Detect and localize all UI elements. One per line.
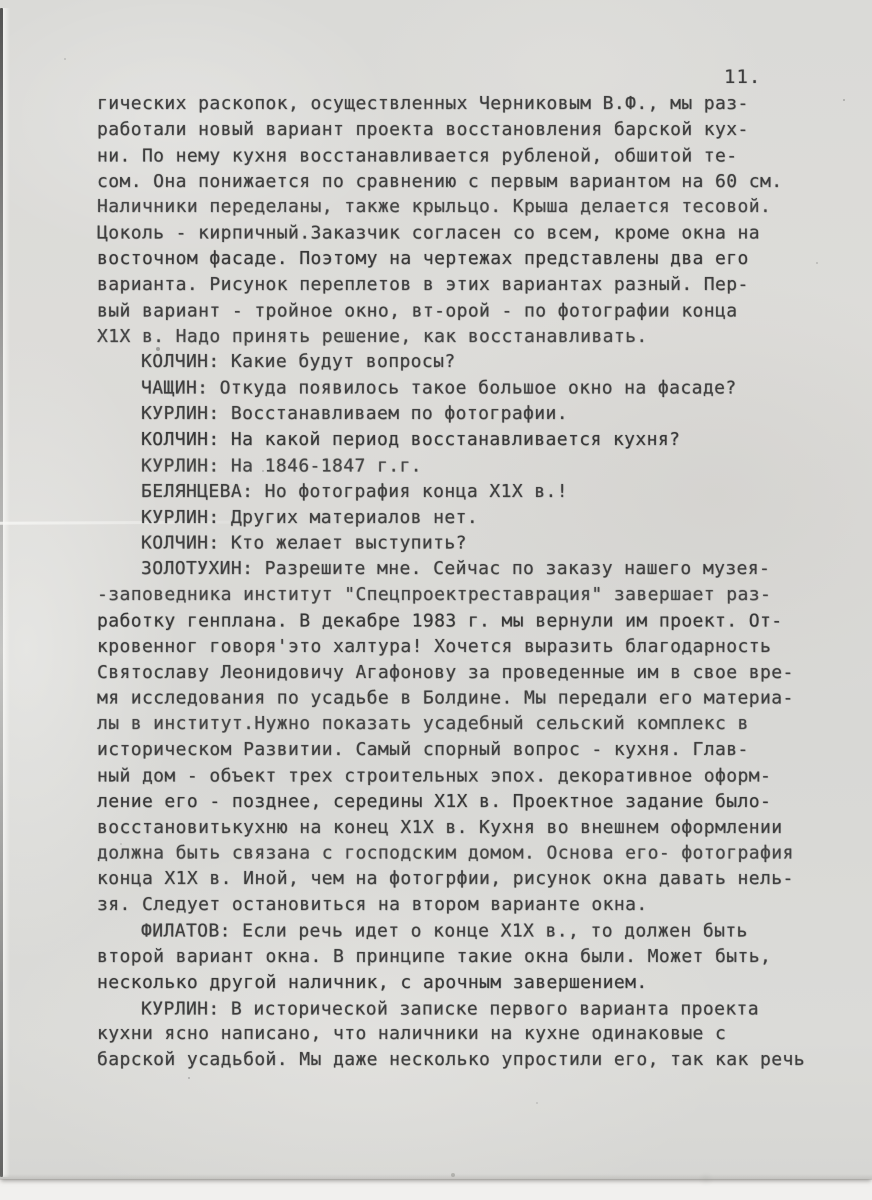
text-line: КУРЛИН: Других материалов нет. (97, 505, 837, 531)
text-line: восточном фасаде. Поэтому на чертежах пр… (97, 246, 837, 272)
scanned-page: 11. гических раскопок, осуществленных Че… (0, 0, 872, 1179)
text-line: работку генплана. В декабре 1983 г. мы в… (97, 608, 837, 634)
text-line: -заповедника институт "Спецпроектреставр… (97, 582, 837, 608)
text-line: восстановитькухню на конец Х1Х в. Кухня … (97, 815, 837, 841)
text-line: Наличники переделаны, также крыльцо. Кры… (97, 194, 837, 220)
text-line: ЗОЛОТУХИН: Разрешите мне. Сейчас по зака… (97, 556, 837, 582)
text-line: работали новый вариант проекта восстанов… (97, 117, 837, 143)
text-line: варианта. Рисунок переплетов в этих вари… (97, 272, 837, 298)
text-line: мя исследования по усадьбе в Болдине. Мы… (97, 686, 837, 712)
text-line: второй вариант окна. В принципе такие ок… (97, 944, 837, 970)
text-line: КУРЛИН: На 1846-1847 г.г. (97, 453, 837, 479)
text-line: кровенног говоря'это халтура! Хочется вы… (97, 634, 837, 660)
text-line: КОЛЧИН: На какой период восстанавливаетс… (97, 427, 837, 453)
text-line: ЧАЩИН: Откуда появилось такое большое ок… (97, 376, 837, 402)
text-line: ление его - позднее, середины Х1Х в. Про… (97, 789, 837, 815)
document-text: гических раскопок, осуществленных Черник… (97, 91, 837, 1073)
text-line: кухни ясно написано, что наличники на ку… (97, 1021, 837, 1047)
text-line: КОЛЧИН: Кто желает выступить? (97, 531, 837, 557)
paper-speckles (0, 0, 2, 2)
text-line: Святославу Леонидовичу Агафонову за пров… (97, 660, 837, 686)
text-line: ни. По нему кухня восстанавливается рубл… (97, 143, 837, 169)
text-line: сом. Она понижается по сравнению с первы… (97, 169, 837, 195)
text-line: конца Х1Х в. Иной, чем на фотогрфии, рис… (97, 866, 837, 892)
text-line: КОЛЧИН: Какие будут вопросы? (97, 349, 837, 375)
paper-left-edge-shadow (0, 8, 3, 1177)
text-line: зя. Следует остановиться на втором вариа… (97, 892, 837, 918)
scan-background: 11. гических раскопок, осуществленных Че… (0, 0, 872, 1200)
text-line: лы в институт.Нужно показать усадебный с… (97, 711, 837, 737)
text-line: историческом Развитии. Самый спорный воп… (97, 737, 837, 763)
text-line: барской усадьбой. Мы даже несколько упро… (97, 1047, 837, 1073)
text-line: Х1Х в. Надо принять решение, как восстан… (97, 324, 837, 350)
text-line: несколько другой наличник, с арочным зав… (97, 970, 837, 996)
text-line: Цоколь - кирпичный.Заказчик согласен со … (97, 221, 837, 247)
text-line: должна быть связана с господским домом. … (97, 841, 837, 867)
text-line: БЕЛЯНЦЕВА: Но фотография конца Х1Х в.! (97, 479, 837, 505)
text-line: ный дом - объект трех строительных эпох.… (97, 763, 837, 789)
text-line: гических раскопок, осуществленных Черник… (97, 91, 837, 117)
text-line: КУРЛИН: В исторической записке первого в… (97, 996, 837, 1022)
text-line: ФИЛАТОВ: Если речь идет о конце Х1Х в., … (97, 918, 837, 944)
paper-bottom-edge (0, 1174, 872, 1180)
text-line: вый вариант - тройное окно, вт-орой - по… (97, 298, 837, 324)
text-line: КУРЛИН: Восстанавливаем по фотографии. (97, 401, 837, 427)
page-number: 11. (724, 66, 761, 88)
